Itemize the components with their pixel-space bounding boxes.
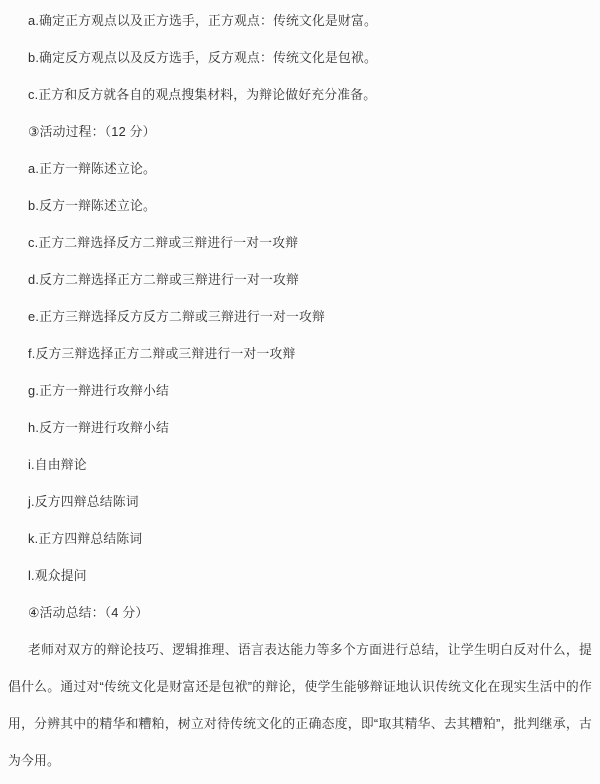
- process-step-l: l.观众提问: [28, 557, 592, 594]
- section-heading-activity-summary: ④活动总结：（4 分）: [28, 594, 592, 631]
- prep-step-a: a.确定正方观点以及正方选手，正方观点：传统文化是财富。: [28, 2, 592, 39]
- prep-step-b: b.确定反方观点以及反方选手，反方观点：传统文化是包袱。: [28, 39, 592, 76]
- process-step-d: d.反方二辩选择正方二辩或三辩进行一对一攻辩: [28, 261, 592, 298]
- process-step-h: h.反方一辩进行攻辩小结: [28, 409, 592, 446]
- process-step-a: a.正方一辩陈述立论。: [28, 150, 592, 187]
- process-step-b: b.反方一辩陈述立论。: [28, 187, 592, 224]
- document-page: a.确定正方观点以及正方选手，正方观点：传统文化是财富。 b.确定反方观点以及反…: [0, 0, 600, 784]
- process-step-e: e.正方三辩选择反方反方二辩或三辩进行一对一攻辩: [28, 298, 592, 335]
- process-step-i: i.自由辩论: [28, 446, 592, 483]
- process-step-g: g.正方一辩进行攻辩小结: [28, 372, 592, 409]
- activity-summary-paragraph: 老师对双方的辩论技巧、逻辑推理、语言表达能力等多个方面进行总结，让学生明白反对什…: [8, 631, 592, 779]
- prep-step-c: c.正方和反方就各自的观点搜集材料，为辩论做好充分准备。: [28, 76, 592, 113]
- process-step-j: j.反方四辩总结陈词: [28, 483, 592, 520]
- process-step-f: f.反方三辩选择正方二辩或三辩进行一对一攻辩: [28, 335, 592, 372]
- process-step-k: k.正方四辩总结陈词: [28, 520, 592, 557]
- section-heading-activity-process: ③活动过程：（12 分）: [28, 113, 592, 150]
- process-step-c: c.正方二辩选择反方二辩或三辩进行一对一攻辩: [28, 224, 592, 261]
